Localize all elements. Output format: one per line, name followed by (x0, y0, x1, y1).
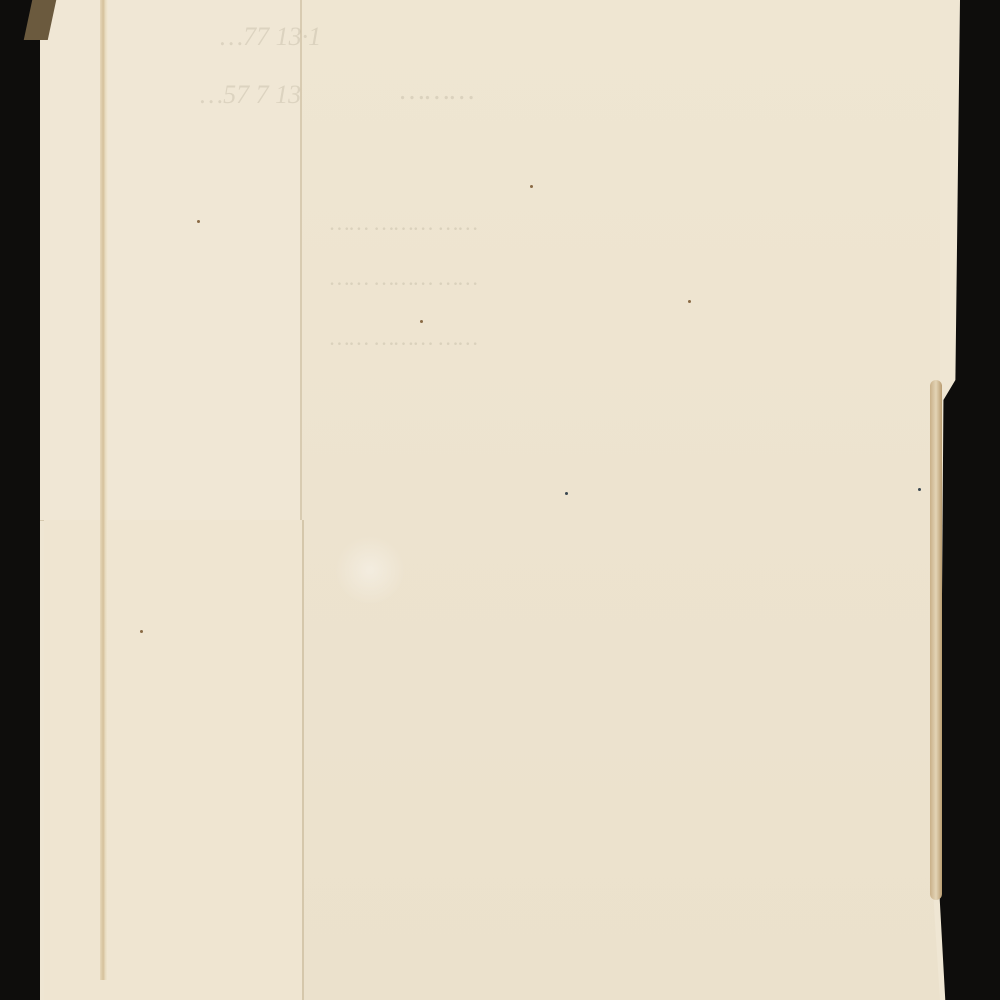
binding-seam (100, 0, 108, 980)
show-through-text: …57 7 13 (200, 80, 301, 110)
folded-flap-top (40, 0, 302, 521)
folded-flap-bottom (44, 520, 304, 1000)
show-through-heading: ……… (400, 75, 475, 107)
paper-speck (918, 488, 921, 491)
paper-stain (335, 535, 405, 605)
show-through-text: …… ……… …… (330, 210, 478, 236)
show-through-text: …77 13·1 (220, 22, 321, 52)
paper-speck (420, 320, 423, 323)
show-through-text: …… ……… …… (330, 265, 478, 291)
main-page-panel (300, 0, 940, 1000)
paper-speck (197, 220, 200, 223)
curled-right-edge (930, 380, 942, 900)
show-through-text: …… ……… …… (330, 325, 478, 351)
paper-speck (688, 300, 691, 303)
paper-speck (565, 492, 568, 495)
paper-speck (530, 185, 533, 188)
paper-speck (140, 630, 143, 633)
